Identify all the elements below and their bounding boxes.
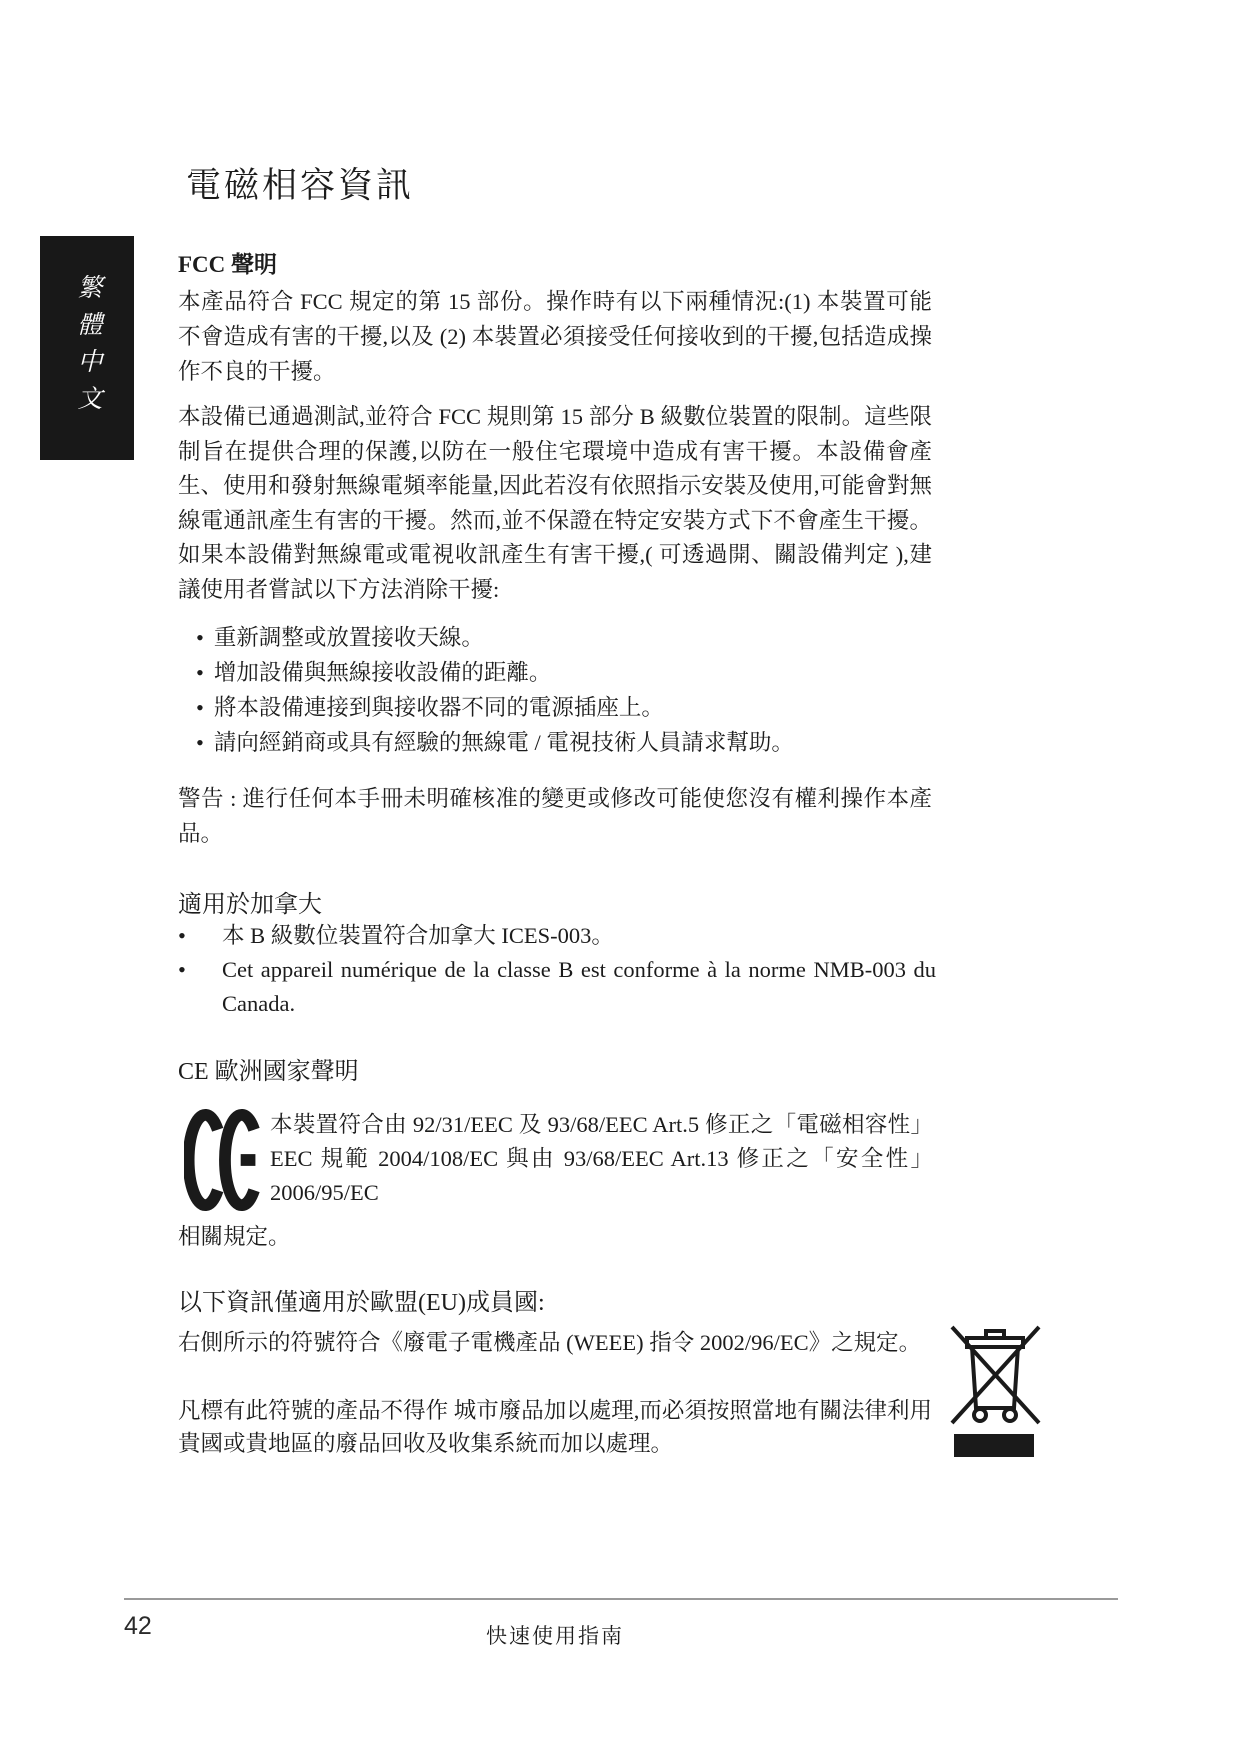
list-item: • 本 B 級數位裝置符合加拿大 ICES-003。 bbox=[178, 919, 936, 953]
weee-crossed-bin-icon bbox=[950, 1320, 1042, 1462]
bullet-icon: • bbox=[196, 655, 204, 690]
canada-compliance-list: • 本 B 級數位裝置符合加拿大 ICES-003。 • Cet apparei… bbox=[178, 919, 936, 1021]
list-item-text: 增加設備與無線接收設備的距離。 bbox=[214, 655, 552, 690]
fcc-paragraph-2: 本設備已通過測試,並符合 FCC 規則第 15 部分 B 級數位裝置的限制。這些… bbox=[178, 400, 932, 607]
eu-heading: 以下資訊僅適用於歐盟(EU)成員國: bbox=[178, 1282, 545, 1317]
fcc-warning-paragraph: 警告 : 進行任何本手冊未明確核准的變更或修改可能使您沒有權利操作本產品。 bbox=[178, 781, 932, 851]
language-edge-tab: 繁體中文 bbox=[40, 236, 134, 460]
list-item-text: 請向經銷商或具有經驗的無線電 / 電視技術人員請求幫助。 bbox=[214, 725, 794, 760]
list-item-text: 本 B 級數位裝置符合加拿大 ICES-003。 bbox=[222, 919, 614, 953]
eu-paragraph-2: 凡標有此符號的產品不得作 城市廢品加以處理,而必須按照當地有關法律利用貴國或貴地… bbox=[178, 1394, 932, 1460]
footer-doc-title: 快速使用指南 bbox=[178, 1620, 932, 1650]
footer-page-number: 42 bbox=[124, 1612, 152, 1641]
ce-statement-tail: 相關規定。 bbox=[178, 1219, 291, 1251]
list-item: • Cet appareil numérique de la classe B … bbox=[178, 953, 936, 1021]
footer-divider bbox=[124, 1598, 1118, 1600]
bullet-icon: • bbox=[196, 725, 204, 760]
page-title: 電磁相容資訊 bbox=[186, 158, 414, 208]
list-item: • 將本設備連接到與接收器不同的電源插座上。 bbox=[196, 690, 936, 725]
bullet-icon: • bbox=[196, 620, 204, 655]
list-item-text: Cet appareil numérique de la classe B es… bbox=[222, 953, 936, 1021]
bullet-icon: • bbox=[178, 953, 222, 1021]
ce-mark-icon bbox=[184, 1106, 264, 1214]
fcc-remedy-list: • 重新調整或放置接收天線。 • 增加設備與無線接收設備的距離。 • 將本設備連… bbox=[196, 620, 936, 760]
bullet-icon: • bbox=[196, 690, 204, 725]
list-item-text: 重新調整或放置接收天線。 bbox=[214, 620, 484, 655]
canada-heading: 適用於加拿大 bbox=[178, 884, 322, 919]
fcc-paragraph-1: 本產品符合 FCC 規定的第 15 部份。操作時有以下兩種情況:(1) 本裝置可… bbox=[178, 284, 932, 389]
language-edge-tab-label: 繁體中文 bbox=[69, 274, 105, 422]
eu-paragraph-1: 右側所示的符號符合《廢電子電機產品 (WEEE) 指令 2002/96/EC》之… bbox=[178, 1326, 1062, 1359]
list-item-text: 將本設備連接到與接收器不同的電源插座上。 bbox=[214, 690, 664, 725]
list-item: • 重新調整或放置接收天線。 bbox=[196, 620, 936, 655]
ce-statement-paragraph: 本裝置符合由 92/31/EEC 及 93/68/EEC Art.5 修正之「電… bbox=[270, 1108, 933, 1210]
list-item: • 請向經銷商或具有經驗的無線電 / 電視技術人員請求幫助。 bbox=[196, 725, 936, 760]
bullet-icon: • bbox=[178, 919, 222, 953]
fcc-statement-heading: FCC 聲明 bbox=[178, 246, 277, 279]
list-item: • 增加設備與無線接收設備的距離。 bbox=[196, 655, 936, 690]
ce-heading: CE 歐洲國家聲明 bbox=[178, 1051, 359, 1086]
